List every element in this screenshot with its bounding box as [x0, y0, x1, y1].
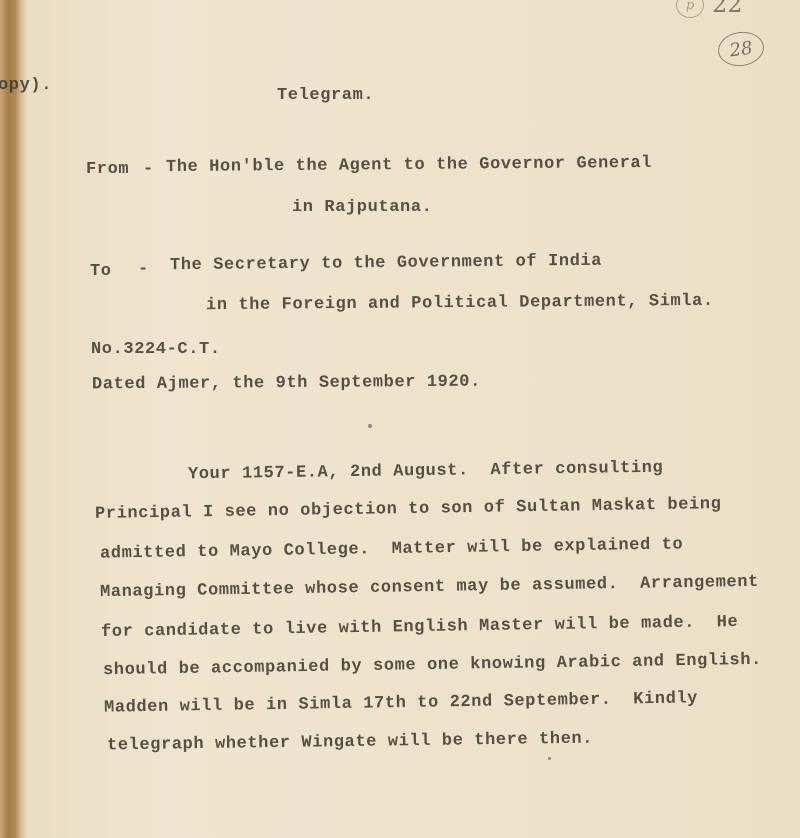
margin-fragment: opy).: [0, 76, 52, 95]
folio-circled-small: p: [676, 0, 704, 18]
document-page: p 22 28 opy). Telegram. From - The Hon'b…: [0, 0, 800, 838]
document-title: Telegram.: [277, 86, 374, 105]
body-line-5: for candidate to live with English Maste…: [101, 613, 739, 642]
from-line-2: in Rajputana.: [292, 198, 432, 217]
body-line-7: Madden will be in Simla 17th to 22nd Sep…: [104, 689, 698, 717]
body-line-3: admitted to Mayo College. Matter will be…: [100, 535, 684, 563]
to-label: To: [90, 262, 112, 281]
dated-line: Dated Ajmer, the 9th September 1920.: [92, 373, 481, 395]
body-line-1: Your 1157-E.A, 2nd August. After consult…: [188, 459, 664, 485]
folio-number-circled: 28: [716, 29, 766, 69]
binding-edge: [0, 0, 28, 838]
ink-speck: [548, 757, 551, 760]
body-line-4: Managing Committee whose consent may be …: [100, 573, 759, 602]
to-line-1: The Secretary to the Government of India: [170, 252, 602, 276]
from-label: From: [86, 160, 129, 179]
body-line-6: should be accompanied by some one knowin…: [103, 651, 762, 680]
folio-number-top: 22: [712, 0, 743, 18]
from-line-1: The Hon'ble the Agent to the Governor Ge…: [166, 154, 652, 177]
to-dash: -: [138, 260, 149, 279]
from-dash: -: [143, 160, 154, 179]
body-line-8: telegraph whether Wingate will be there …: [107, 730, 593, 756]
ink-speck: [368, 424, 372, 428]
body-line-2: Principal I see no objection to son of S…: [95, 495, 722, 524]
to-line-2: in the Foreign and Political Department,…: [206, 292, 714, 315]
reference-number: No.3224-C.T.: [91, 340, 221, 359]
